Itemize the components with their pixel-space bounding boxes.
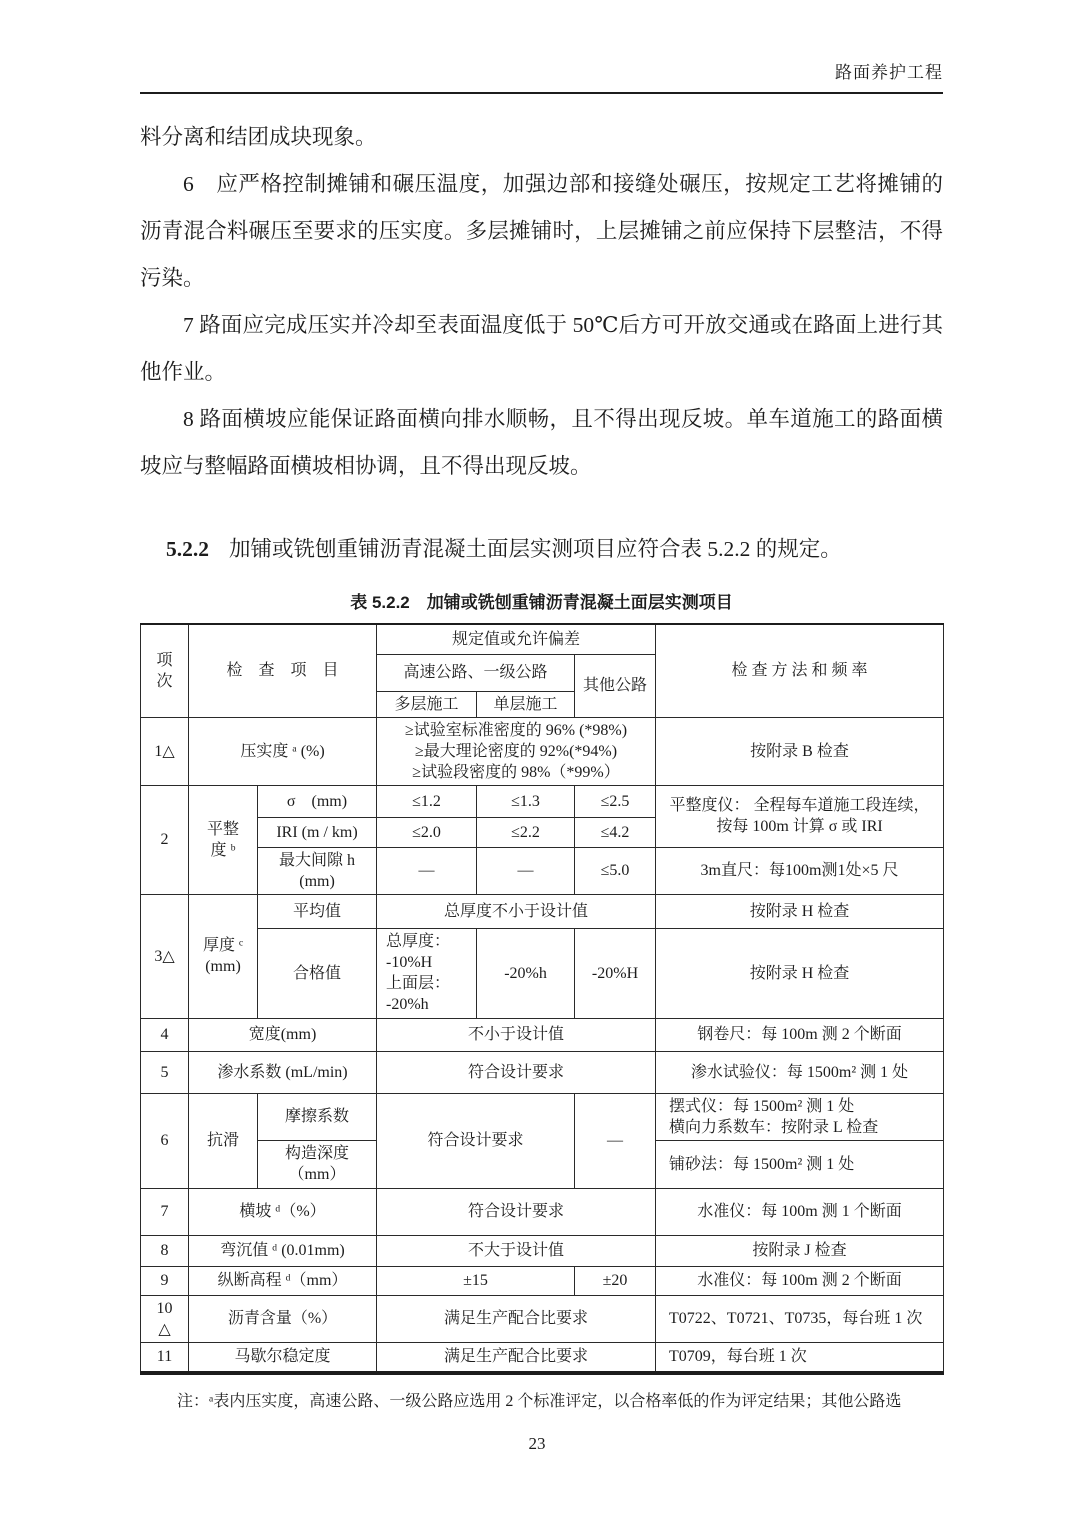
cell-2c-method: 3m直尺：每100m测1处×5 尺: [656, 847, 944, 894]
cell-7-value: 符合设计要求: [377, 1188, 656, 1235]
cell-6a-method: 摆式仪：每 1500m² 测 1 处 横向力系数车：按附录 L 检查: [656, 1093, 944, 1140]
table-row-11: 11 马歇尔稳定度 满足生产配合比要求 T0709，每台班 1 次: [141, 1343, 944, 1373]
cell-2c-multi: —: [377, 847, 477, 894]
cell-2b-other: ≤4.2: [575, 817, 656, 847]
cell-10-item: 沥青含量（%）: [189, 1295, 377, 1342]
cell-2c-other: ≤5.0: [575, 847, 656, 894]
table-footnote: 注：ᵃ表内压实度，高速公路、一级公路应选用 2 个标准评定，以合格率低的作为评定…: [140, 1388, 943, 1411]
paragraph-item-6: 6 应严格控制摊铺和碾压温度，加强边部和接缝处碾压，按规定工艺将摊铺的沥青混合料…: [140, 161, 943, 302]
cell-5-value: 符合设计要求: [377, 1051, 656, 1093]
table-row-5: 5 渗水系数 (mL/min) 符合设计要求 渗水试验仪：每 1500m² 测 …: [141, 1051, 944, 1093]
cell-4-item: 宽度(mm): [189, 1018, 377, 1051]
cell-8-no: 8: [141, 1235, 189, 1266]
table-row-9: 9 纵断高程 ᵈ（mm） ±15 ±20 水准仪：每 100m 测 2 个断面: [141, 1266, 944, 1295]
th-item-no: 项 次: [141, 624, 189, 717]
table-row-3a: 3△ 厚度 ᶜ (mm) 平均值 总厚度不小于设计值 按附录 H 检查: [141, 895, 944, 929]
section-heading: 5.2.2加铺或铣刨重铺沥青混凝土面层实测项目应符合表 5.2.2 的规定。: [140, 534, 943, 564]
cell-6b-sub: 构造深度 （mm）: [258, 1140, 377, 1188]
cell-11-no: 11: [141, 1343, 189, 1373]
cell-3a-method: 按附录 H 检查: [656, 895, 944, 929]
table-header-row-1: 项 次 检 查 项 目 规定值或允许偏差 检 查 方 法 和 频 率: [141, 624, 944, 654]
cell-1-value: ≥试验室标准密度的 96% (*98%) ≥最大理论密度的 92%(*94%) …: [377, 717, 656, 785]
cell-2-item: 平整 度 ᵇ: [189, 785, 258, 894]
measurement-table: 项 次 检 查 项 目 规定值或允许偏差 检 查 方 法 和 频 率 高速公路、…: [140, 623, 944, 1375]
cell-9-method: 水准仪：每 100m 测 2 个断面: [656, 1266, 944, 1295]
th-multi-layer: 多层施工: [377, 691, 477, 717]
cell-7-no: 7: [141, 1188, 189, 1235]
cell-10-value: 满足生产配合比要求: [377, 1295, 656, 1342]
running-header: 路面养护工程: [140, 58, 943, 83]
cell-11-item: 马歇尔稳定度: [189, 1343, 377, 1373]
cell-2b-sub: IRI (m / km): [258, 817, 377, 847]
cell-3b-method: 按附录 H 检查: [656, 929, 944, 1018]
cell-6-other: —: [575, 1093, 656, 1188]
cell-6b-method: 铺砂法：每 1500m² 测 1 处: [656, 1140, 944, 1188]
cell-2a-multi: ≤1.2: [377, 785, 477, 817]
cell-3b-multi: 总厚度： -10%H 上面层： -20%h: [377, 929, 477, 1018]
section-text: 加铺或铣刨重铺沥青混凝土面层实测项目应符合表 5.2.2 的规定。: [229, 537, 842, 561]
cell-3b-other: -20%H: [575, 929, 656, 1018]
table-row-8: 8 弯沉值 ᵈ (0.01mm) 不大于设计值 按附录 J 检查: [141, 1235, 944, 1266]
page-number: 23: [0, 1434, 1074, 1454]
cell-6a-sub: 摩擦系数: [258, 1093, 377, 1140]
cell-6-value: 符合设计要求: [377, 1093, 575, 1188]
cell-6-item: 抗滑: [189, 1093, 258, 1188]
table-row-2a: 2 平整 度 ᵇ σ (mm) ≤1.2 ≤1.3 ≤2.5 平整度仪： 全程每…: [141, 785, 944, 817]
cell-2b-multi: ≤2.0: [377, 817, 477, 847]
cell-8-item: 弯沉值 ᵈ (0.01mm): [189, 1235, 377, 1266]
cell-5-method: 渗水试验仪：每 1500m² 测 1 处: [656, 1051, 944, 1093]
cell-2a-other: ≤2.5: [575, 785, 656, 817]
cell-7-method: 水准仪：每 100m 测 1 个断面: [656, 1188, 944, 1235]
th-other-road: 其他公路: [575, 654, 656, 717]
cell-5-no: 5: [141, 1051, 189, 1093]
cell-11-value: 满足生产配合比要求: [377, 1343, 656, 1373]
th-check-item: 检 查 项 目: [189, 624, 377, 717]
cell-10-no: 10 △: [141, 1295, 189, 1342]
cell-4-value: 不小于设计值: [377, 1018, 656, 1051]
cell-1-item: 压实度 ᵃ (%): [189, 717, 377, 785]
cell-1-method: 按附录 B 检查: [656, 717, 944, 785]
table-row-3b: 合格值 总厚度： -10%H 上面层： -20%h -20%h -20%H 按附…: [141, 929, 944, 1018]
cell-2-no: 2: [141, 785, 189, 894]
table-row-10: 10 △ 沥青含量（%） 满足生产配合比要求 T0722、T0721、T0735…: [141, 1295, 944, 1342]
th-highway: 高速公路、一级公路: [377, 654, 575, 691]
table-row-4: 4 宽度(mm) 不小于设计值 钢卷尺：每 100m 测 2 个断面: [141, 1018, 944, 1051]
paragraph-item-7: 7 路面应完成压实并冷却至表面温度低于 50℃后方可开放交通或在路面上进行其他作…: [140, 302, 943, 396]
cell-1-no: 1△: [141, 717, 189, 785]
document-page: 路面养护工程 料分离和结团成块现象。 6 应严格控制摊铺和碾压温度，加强边部和接…: [0, 0, 1074, 1520]
cell-2a-single: ≤1.3: [477, 785, 575, 817]
cell-2c-single: —: [477, 847, 575, 894]
header-rule: [140, 92, 943, 94]
cell-2a-sub: σ (mm): [258, 785, 377, 817]
paragraph-continuation: 料分离和结团成块现象。: [140, 114, 943, 161]
running-header-text: 路面养护工程: [835, 63, 943, 82]
cell-4-method: 钢卷尺：每 100m 测 2 个断面: [656, 1018, 944, 1051]
cell-8-method: 按附录 J 检查: [656, 1235, 944, 1266]
cell-3a-value: 总厚度不小于设计值: [377, 895, 656, 929]
table-row-6a: 6 抗滑 摩擦系数 符合设计要求 — 摆式仪：每 1500m² 测 1 处 横向…: [141, 1093, 944, 1140]
cell-11-method: T0709，每台班 1 次: [656, 1343, 944, 1373]
paragraph-item-8: 8 路面横坡应能保证路面横向排水顺畅，且不得出现反坡。单车道施工的路面横坡应与整…: [140, 396, 943, 490]
table-row-2c: 最大间隙 h (mm) — — ≤5.0 3m直尺：每100m测1处×5 尺: [141, 847, 944, 894]
cell-5-item: 渗水系数 (mL/min): [189, 1051, 377, 1093]
section-number: 5.2.2: [166, 537, 209, 561]
cell-9-other: ±20: [575, 1266, 656, 1295]
cell-2-method-sigma-iri: 平整度仪： 全程每车道施工段连续， 按每 100m 计算 σ 或 IRI: [656, 785, 944, 847]
cell-7-item: 横坡 ᵈ（%）: [189, 1188, 377, 1235]
cell-2b-single: ≤2.2: [477, 817, 575, 847]
cell-3b-sub: 合格值: [258, 929, 377, 1018]
th-method: 检 查 方 法 和 频 率: [656, 624, 944, 717]
cell-9-item: 纵断高程 ᵈ（mm）: [189, 1266, 377, 1295]
cell-3-no: 3△: [141, 895, 189, 1018]
table-row-7: 7 横坡 ᵈ（%） 符合设计要求 水准仪：每 100m 测 1 个断面: [141, 1188, 944, 1235]
cell-8-value: 不大于设计值: [377, 1235, 656, 1266]
cell-3b-single: -20%h: [477, 929, 575, 1018]
table-row-1: 1△ 压实度 ᵃ (%) ≥试验室标准密度的 96% (*98%) ≥最大理论密…: [141, 717, 944, 785]
cell-3a-sub: 平均值: [258, 895, 377, 929]
cell-9-hw-value: ±15: [377, 1266, 575, 1295]
cell-4-no: 4: [141, 1018, 189, 1051]
table-title: 表 5.2.2 加铺或铣刨重铺沥青混凝土面层实测项目: [140, 588, 943, 613]
cell-6-no: 6: [141, 1093, 189, 1188]
th-single-layer: 单层施工: [477, 691, 575, 717]
cell-3-item: 厚度 ᶜ (mm): [189, 895, 258, 1018]
body-text: 料分离和结团成块现象。 6 应严格控制摊铺和碾压温度，加强边部和接缝处碾压，按规…: [140, 114, 943, 490]
cell-10-method: T0722、T0721、T0735，每台班 1 次: [656, 1295, 944, 1342]
cell-2c-sub: 最大间隙 h (mm): [258, 847, 377, 894]
th-spec: 规定值或允许偏差: [377, 624, 656, 654]
cell-9-no: 9: [141, 1266, 189, 1295]
